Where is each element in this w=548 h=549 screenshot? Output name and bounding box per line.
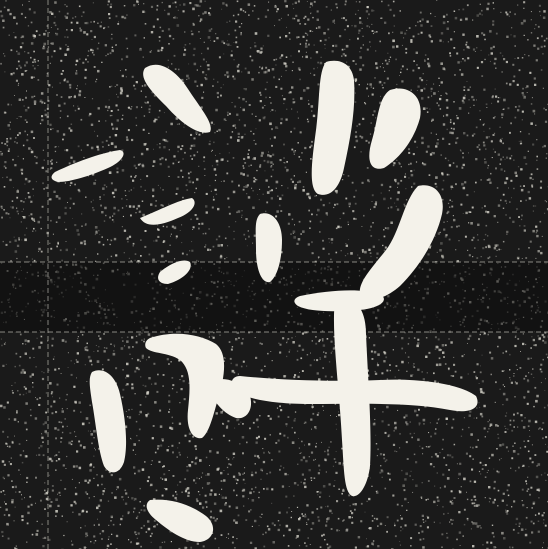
stroke-mid-left	[256, 213, 282, 282]
rubbing-image: Ink rubbing (stele rubbing) of a single …	[0, 0, 548, 549]
calligraphy-character	[0, 0, 548, 549]
stroke-bottom-sweep	[147, 500, 213, 542]
stroke-dot-2	[52, 150, 124, 182]
stroke-upper-horizontal	[294, 290, 384, 311]
stroke-top-right-dot	[369, 88, 420, 168]
stroke-dot-3	[140, 198, 195, 225]
stroke-dot-1	[143, 65, 211, 133]
stroke-top-vertical	[312, 61, 355, 195]
stroke-middle-diagonal	[360, 185, 443, 299]
stroke-central-vertical	[334, 299, 371, 496]
stroke-lower-left-v	[90, 370, 126, 472]
stroke-dot-4	[158, 260, 191, 284]
character-strokes	[52, 61, 478, 542]
